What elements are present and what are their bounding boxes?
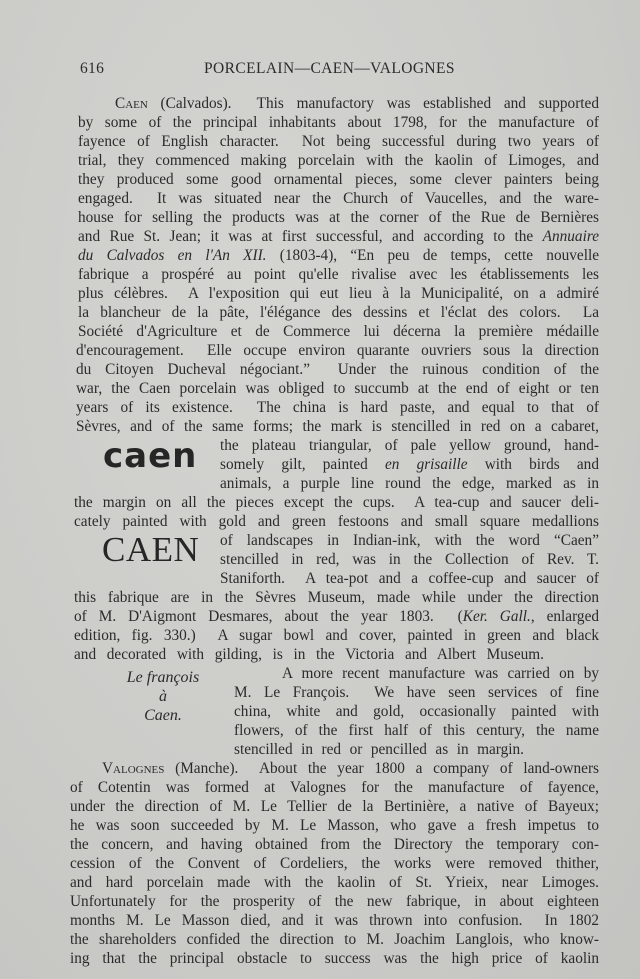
text-line: Unfortunately for the prosperity of the … xyxy=(0,892,640,911)
text-line-content: du Citoyen Ducheval négociant.” Under th… xyxy=(76,360,599,379)
text-line-content: the concern, and having obtained from th… xyxy=(70,835,599,854)
text-line-content: ing that the principal obstacle to succe… xyxy=(70,949,599,968)
text-line-content: stencilled in red or pencilled as in mar… xyxy=(234,740,524,759)
text-line: edition, fig. 330.) A sugar bowl and cov… xyxy=(0,626,640,645)
text-line: Valognes (Manche). About the year 1800 a… xyxy=(0,759,640,778)
text-line-content: A more recent manufacture was carried on… xyxy=(282,664,599,683)
text-line-content: fayence of English character. Not being … xyxy=(78,132,599,151)
text-line: they produced some good ornamental piece… xyxy=(0,170,640,189)
text-line-content: flowers, of the first half of this centu… xyxy=(234,721,599,740)
text-line: la blancheur de la pâte, l'élégance des … xyxy=(0,303,640,322)
text-line-content: the plateau triangular, of pale yellow g… xyxy=(220,436,599,455)
text-line: under the direction of M. Le Tellier de … xyxy=(0,797,640,816)
text-line: engaged. It was situated near the Church… xyxy=(0,189,640,208)
text-line: du Citoyen Ducheval négociant.” Under th… xyxy=(0,360,640,379)
text-line-content: la blancheur de la pâte, l'élégance des … xyxy=(78,303,599,322)
text-line: this fabrique are in the Sèvres Museum, … xyxy=(0,588,640,607)
text-line-content: du Calvados en l'An XII. (1803-4), “En p… xyxy=(78,246,599,265)
text-line: Staniforth. A tea-pot and a coffee-cup a… xyxy=(0,569,640,588)
text-line-content: somely gilt, painted en grisaille with b… xyxy=(220,455,599,474)
text-line: trial, they commenced making porcelain w… xyxy=(0,151,640,170)
mark-le-francois: Le françois à Caen. xyxy=(108,668,218,725)
text-line: of Cotentin was formed at Valognes for t… xyxy=(0,778,640,797)
text-line: he was soon succeeded by M. Le Masson, w… xyxy=(0,816,640,835)
page-number: 616 xyxy=(80,60,104,78)
text-line-content: M. Le François. We have seen services of… xyxy=(234,683,599,702)
text-line-content: cession of the Convent of Cordeliers, th… xyxy=(70,854,599,873)
text-line-content: trial, they commenced making porcelain w… xyxy=(78,151,599,170)
mark-caen-lowercase: caen xyxy=(103,436,197,476)
text-line-content: house for selling the products was at th… xyxy=(78,208,599,227)
text-line: china, white and gold, occasionally pain… xyxy=(0,702,640,721)
text-line: M. Le François. We have seen services of… xyxy=(0,683,640,702)
text-line: of landscapes in Indian-ink, with the wo… xyxy=(0,531,640,550)
text-line-content: he was soon succeeded by M. Le Masson, w… xyxy=(70,816,599,835)
text-line-content: war, the Caen porcelain was obliged to s… xyxy=(76,379,599,398)
text-line-content: Sèvres, and of the same forms; the mark … xyxy=(76,417,599,436)
text-line-content: and decorated with gilding, is in the Vi… xyxy=(74,645,544,664)
text-line: war, the Caen porcelain was obliged to s… xyxy=(0,379,640,398)
text-line-content: by some of the principal inhabitants abo… xyxy=(78,113,599,132)
running-title: PORCELAIN—CAEN—VALOGNES xyxy=(204,60,455,78)
text-line-content: Valognes (Manche). About the year 1800 a… xyxy=(102,759,599,778)
mark-le-francois-line-1: Le françois xyxy=(108,668,218,687)
text-line: cession of the Convent of Cordeliers, th… xyxy=(0,854,640,873)
text-line: the plateau triangular, of pale yellow g… xyxy=(0,436,640,455)
mark-le-francois-line-2: à xyxy=(108,687,218,706)
text-line: the concern, and having obtained from th… xyxy=(0,835,640,854)
text-line: Société d'Agriculture et de Commerce lui… xyxy=(0,322,640,341)
text-line: and hard porcelain made with the kaolin … xyxy=(0,873,640,892)
text-line: somely gilt, painted en grisaille with b… xyxy=(0,455,640,474)
text-line-content: years of its existence. The china is har… xyxy=(76,398,599,417)
text-line-content: the shareholders confided the direction … xyxy=(70,930,599,949)
book-page: 616 PORCELAIN—CAEN—VALOGNES Caen (Calvad… xyxy=(0,0,640,979)
text-line: and decorated with gilding, is in the Vi… xyxy=(0,645,640,664)
text-line: stencilled in red or pencilled as in mar… xyxy=(0,740,640,759)
text-line: by some of the principal inhabitants abo… xyxy=(0,113,640,132)
text-line-content: engaged. It was situated near the Church… xyxy=(78,189,599,208)
text-line-content: fabrique a prospéré au point qu'elle riv… xyxy=(78,265,599,284)
text-line-content: months M. Le Masson died, and it was thr… xyxy=(70,911,599,930)
text-line-content: and Rue St. Jean; it was at first succes… xyxy=(78,227,599,246)
text-line: A more recent manufacture was carried on… xyxy=(0,664,640,683)
text-line-content: and hard porcelain made with the kaolin … xyxy=(70,873,599,892)
text-line: Sèvres, and of the same forms; the mark … xyxy=(0,417,640,436)
text-line: the margin on all the pieces except the … xyxy=(0,493,640,512)
text-line: the shareholders confided the direction … xyxy=(0,930,640,949)
text-line: plus célèbres. A l'exposition qui eut li… xyxy=(0,284,640,303)
text-line-content: Caen (Calvados). This manufactory was es… xyxy=(115,94,599,113)
text-line-content: under the direction of M. Le Tellier de … xyxy=(70,797,599,816)
text-line: fayence of English character. Not being … xyxy=(0,132,640,151)
text-line: fabrique a prospéré au point qu'elle riv… xyxy=(0,265,640,284)
text-line-content: the margin on all the pieces except the … xyxy=(74,493,599,512)
text-line-content: edition, fig. 330.) A sugar bowl and cov… xyxy=(74,626,599,645)
text-line-content: Société d'Agriculture et de Commerce lui… xyxy=(78,322,599,341)
text-line-content: d'encouragement. Elle occupe environ qua… xyxy=(76,341,599,360)
text-line-content: of M. D'Aigmont Desmares, about the year… xyxy=(74,607,599,626)
text-line-content: cately painted with gold and green festo… xyxy=(74,512,599,531)
text-line-content: Staniforth. A tea-pot and a coffee-cup a… xyxy=(220,569,599,588)
text-line-content: stencilled in red, was in the Collection… xyxy=(220,550,599,569)
mark-caen-uppercase: CAEN xyxy=(102,530,199,570)
text-line-content: of landscapes in Indian-ink, with the wo… xyxy=(220,531,599,550)
text-line-content: of Cotentin was formed at Valognes for t… xyxy=(70,778,599,797)
text-line-content: Unfortunately for the prosperity of the … xyxy=(70,892,599,911)
text-line: and Rue St. Jean; it was at first succes… xyxy=(0,227,640,246)
text-line-content: they produced some good ornamental piece… xyxy=(78,170,599,189)
text-line-content: plus célèbres. A l'exposition qui eut li… xyxy=(78,284,599,303)
text-line: of M. D'Aigmont Desmares, about the year… xyxy=(0,607,640,626)
text-line: du Calvados en l'An XII. (1803-4), “En p… xyxy=(0,246,640,265)
text-line: stencilled in red, was in the Collection… xyxy=(0,550,640,569)
text-line-content: china, white and gold, occasionally pain… xyxy=(234,702,599,721)
text-line: flowers, of the first half of this centu… xyxy=(0,721,640,740)
text-line: cately painted with gold and green festo… xyxy=(0,512,640,531)
text-line-content: animals, a purple line round the edge, m… xyxy=(220,474,599,493)
text-line: ing that the principal obstacle to succe… xyxy=(0,949,640,968)
text-line: d'encouragement. Elle occupe environ qua… xyxy=(0,341,640,360)
text-line: months M. Le Masson died, and it was thr… xyxy=(0,911,640,930)
text-line: house for selling the products was at th… xyxy=(0,208,640,227)
text-line: Caen (Calvados). This manufactory was es… xyxy=(0,94,640,113)
mark-le-francois-line-3: Caen. xyxy=(108,706,218,725)
text-line: animals, a purple line round the edge, m… xyxy=(0,474,640,493)
text-line: years of its existence. The china is har… xyxy=(0,398,640,417)
text-line-content: this fabrique are in the Sèvres Museum, … xyxy=(74,588,599,607)
